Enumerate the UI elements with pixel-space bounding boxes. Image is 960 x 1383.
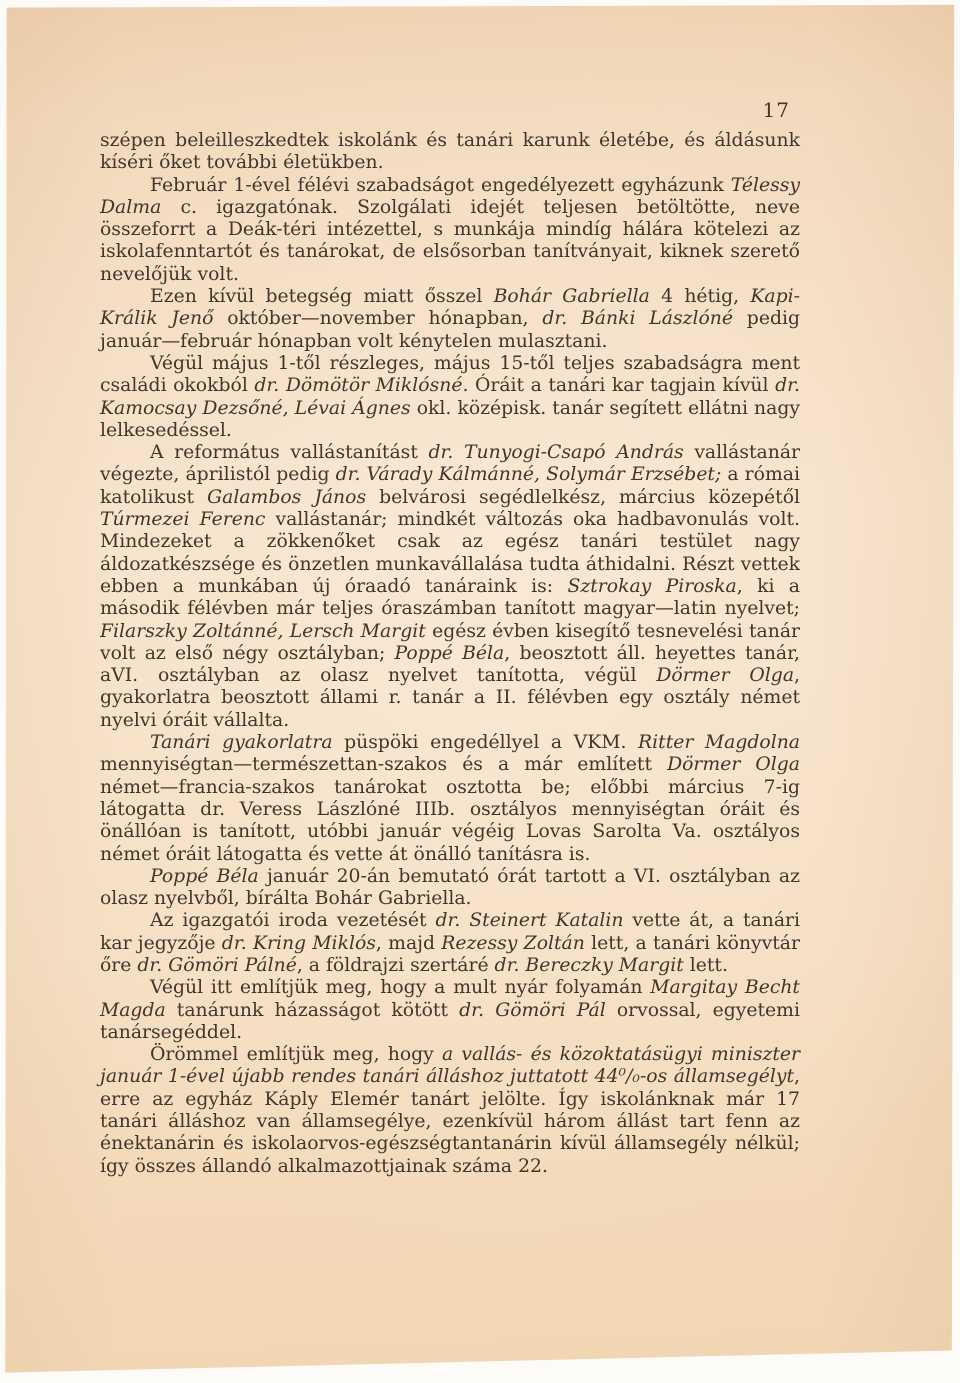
text-run: tanárunk házasságot kötött	[166, 1000, 459, 1021]
italic-name-run: dr. Kring Miklós	[222, 933, 376, 954]
italic-name-run: Dörmer Olga	[656, 665, 794, 686]
italic-name-run: Rezessy Zoltán	[441, 933, 585, 954]
body-text: szépen beleilleszkedtek iskolánk és taná…	[100, 130, 800, 1178]
text-run: Végül itt említjük meg, hogy a mult nyár…	[150, 977, 650, 998]
italic-name-run: Sztrokay Piroska	[567, 576, 736, 597]
italic-name-run: dr. Steinert Katalin	[435, 910, 623, 931]
text-run: német—francia-szakos tanárokat osztotta …	[100, 777, 800, 865]
text-run: mennyiségtan—természettan-szakos és a má…	[100, 754, 667, 775]
text-run: c. igazgatónak. Szolgálati idejét teljes…	[100, 197, 800, 285]
text-run: lett.	[684, 955, 728, 976]
text-run: belvárosi segédlelkész, március közepétő…	[366, 487, 800, 508]
italic-name-run: dr. Bánki Lászlóné	[542, 308, 733, 329]
text-run: Február 1-ével félévi szabadságot engedé…	[150, 175, 731, 196]
text-run: Örömmel említjük meg, hogy	[150, 1044, 442, 1065]
italic-name-run: Túrmezei Ferenc	[100, 509, 265, 530]
italic-name-run: Poppé Béla	[395, 643, 505, 664]
italic-name-run: Galambos János	[207, 487, 366, 508]
text-run: püspöki engedéllyel a VKM.	[333, 732, 639, 753]
paragraph: A református vallástanítást dr. Tunyogi-…	[100, 442, 800, 732]
text-run: szépen beleilleszkedtek iskolánk és taná…	[100, 130, 800, 173]
text-run: Ezen kívül betegség miatt ősszel	[150, 286, 494, 307]
italic-name-run: Dörmer Olga	[667, 754, 800, 775]
paragraph: Örömmel említjük meg, hogy a vallás- és …	[100, 1044, 800, 1178]
italic-name-run: dr. Tunyogi-Csapó András	[429, 442, 684, 463]
italic-name-run: dr. Bereczky Margit	[495, 955, 684, 976]
text-run: A református vallástanítást	[150, 442, 429, 463]
text-run: Óráit a tanári kar tagjain kívül	[468, 375, 775, 396]
italic-name-run: Bohár Gabriella	[494, 286, 650, 307]
italic-name-run: Poppé Béla	[150, 866, 259, 887]
page-number: 17	[100, 98, 790, 122]
paragraph: Február 1-ével félévi szabadságot engedé…	[100, 175, 800, 286]
paragraph: Tanári gyakorlatra püspöki engedéllyel a…	[100, 732, 800, 866]
text-run: Az igazgatói iroda vezetését	[150, 910, 435, 931]
italic-name-run: dr. Gömöri Pál	[459, 1000, 606, 1021]
italic-name-run: dr. Várady Kálmánné, Solymár Erzsébet;	[336, 464, 722, 485]
italic-name-run: Ritter Magdolna	[638, 732, 800, 753]
italic-name-run: dr. Gömöri Pálné	[137, 955, 296, 976]
italic-name-run: dr. Dömötör Miklósné.	[254, 375, 468, 396]
paragraph: Ezen kívül betegség miatt ősszel Bohár G…	[100, 286, 800, 353]
paragraph: Végül itt említjük meg, hogy a mult nyár…	[100, 977, 800, 1044]
text-run: , a földrajzi szertáré	[297, 955, 495, 976]
text-run: , majd	[376, 933, 441, 954]
italic-name-run: Tanári gyakorlatra	[150, 732, 333, 753]
paragraph: Poppé Béla január 20-án bemutató órát ta…	[100, 866, 800, 911]
text-run: 4 hétig,	[650, 286, 751, 307]
paragraph: Az igazgatói iroda vezetését dr. Steiner…	[100, 910, 800, 977]
scanned-document-page: 17 szépen beleilleszkedtek iskolánk és t…	[0, 0, 960, 1383]
paper-sheet: 17 szépen beleilleszkedtek iskolánk és t…	[0, 0, 960, 1383]
paragraph: Végül május 1-től részleges, május 15-tő…	[100, 353, 800, 442]
italic-name-run: Filarszky Zoltánné, Lersch Margit	[100, 621, 426, 642]
text-run: október—november hónapban,	[213, 308, 542, 329]
paragraph: szépen beleilleszkedtek iskolánk és taná…	[100, 130, 800, 175]
